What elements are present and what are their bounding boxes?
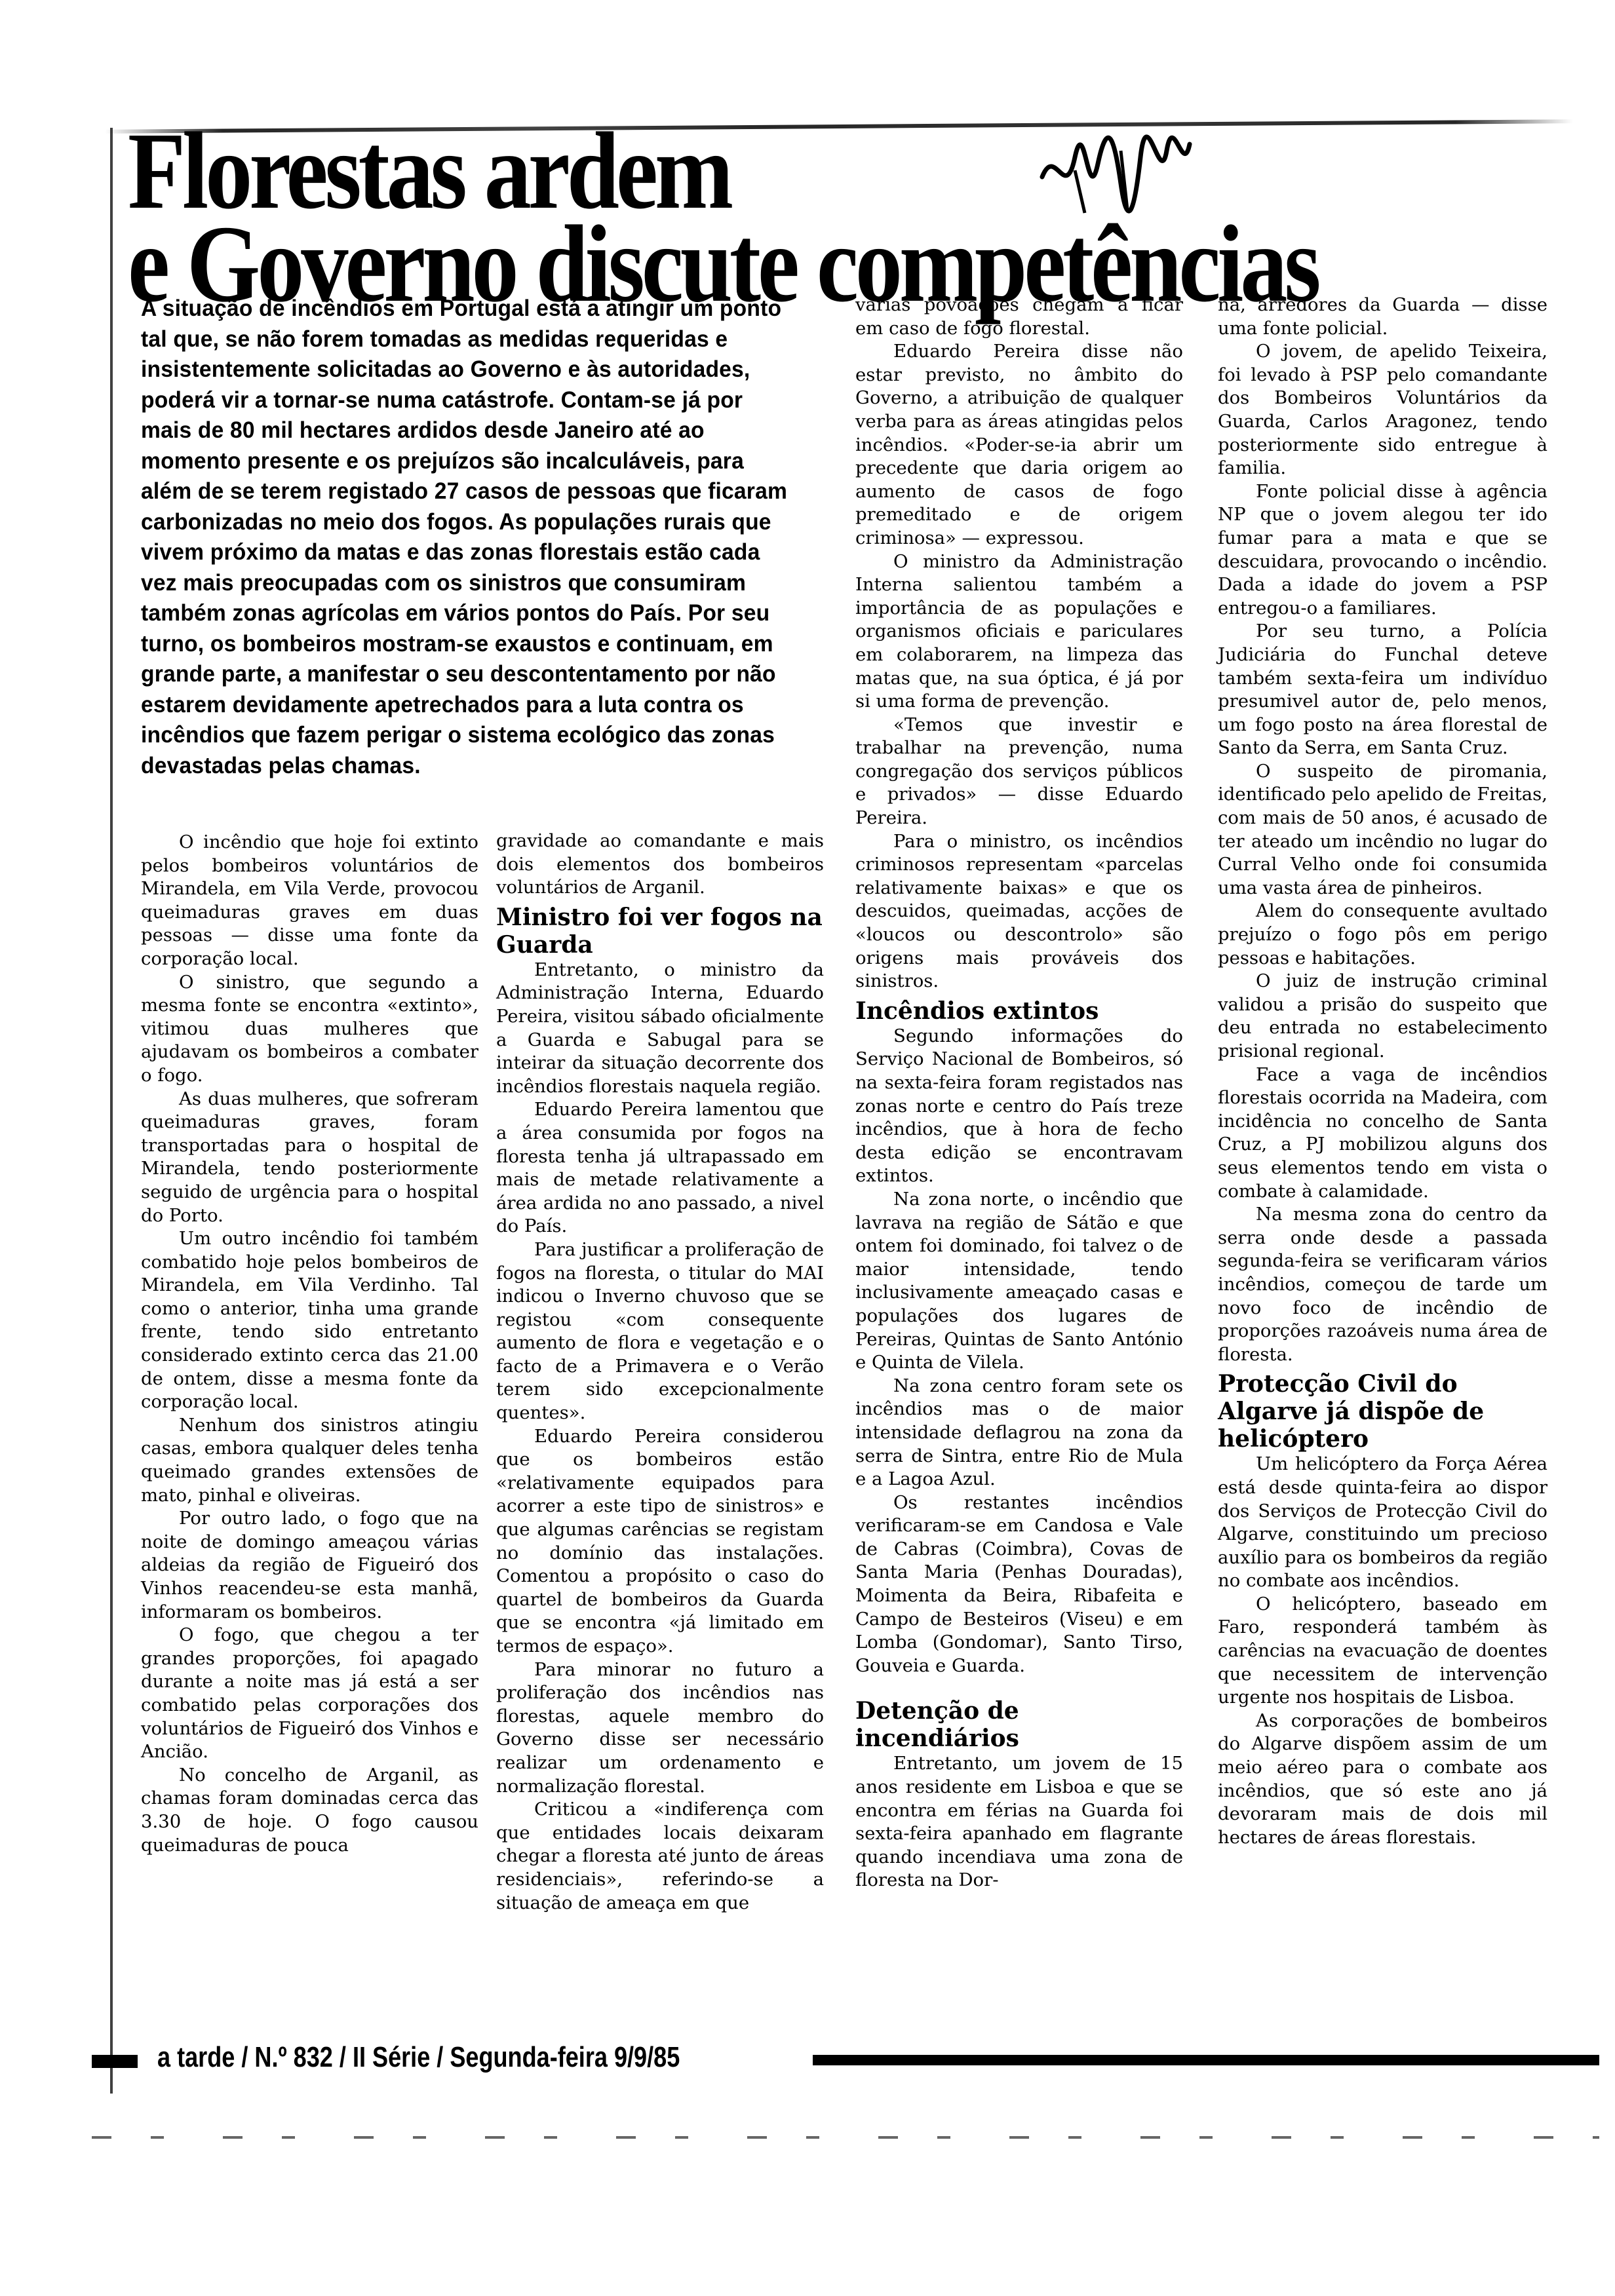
paragraph: Um outro incêndio foi também combatido h… (141, 1227, 478, 1414)
footer-rule-left (92, 2055, 138, 2068)
subheading-proteccao-civil: Protecção Civil do Algarve já dispõe de … (1218, 1370, 1547, 1453)
paragraph: Eduardo Pereira lamentou que a área cons… (496, 1098, 824, 1238)
column-3: várias povoações chegam a ficar em caso … (855, 294, 1183, 1892)
paragraph: O incêndio que hoje foi extinto pelos bo… (141, 831, 478, 971)
paragraph: Para o ministro, os incêndios criminosos… (855, 830, 1183, 993)
paragraph: Para minorar no futuro a proliferação do… (496, 1658, 824, 1799)
publication-footer: a tarde / N.º 832 / II Série / Segunda-f… (92, 2038, 1599, 2077)
paragraph: O sinistro, que segundo a mesma fonte se… (141, 971, 478, 1088)
paragraph: Os restantes incêndios verificaram-se em… (855, 1491, 1183, 1678)
paragraph: Alem do consequente avultado prejuízo o … (1218, 900, 1547, 970)
paragraph: As corporações de bombeiros do Algarve d… (1218, 1710, 1547, 1850)
paragraph: Um helicóptero da Força Aérea está desde… (1218, 1453, 1547, 1593)
scan-bottom-edge (92, 2136, 1599, 2139)
paragraph: Segundo informações do Serviço Nacional … (855, 1025, 1183, 1188)
paragraph-continuation: várias povoações chegam a ficar em caso … (855, 294, 1183, 340)
paragraph-continuation: gravidade ao comandante e mais dois elem… (496, 830, 824, 900)
lede-paragraph: A situação de incêndios em Portugal está… (141, 294, 789, 781)
paragraph: Entretanto, o ministro da Administração … (496, 959, 824, 1099)
paragraph: Entretanto, um jovem de 15 anos resident… (855, 1752, 1183, 1892)
paragraph-continuation: na, arredores da Guarda — disse uma font… (1218, 294, 1547, 340)
subheading-incendios-extintos: Incêndios extintos (855, 997, 1183, 1025)
paragraph: O juiz de instrução criminal validou a p… (1218, 970, 1547, 1063)
column-1: O incêndio que hoje foi extinto pelos bo… (141, 831, 478, 1857)
paragraph: As duas mulheres, que sofreram queimadur… (141, 1088, 478, 1228)
paragraph: «Temos que investir e trabalhar na preve… (855, 714, 1183, 830)
subheading-ministro: Ministro foi ver fogos na Guarda (496, 904, 824, 959)
footer-rule-right (813, 2055, 1599, 2065)
handwritten-signature-icon (1036, 131, 1193, 223)
paragraph: Face a vaga de incêndios florestais ocor… (1218, 1063, 1547, 1204)
paragraph: O helicóptero, baseado em Faro, responde… (1218, 1593, 1547, 1710)
paragraph: Por outro lado, o fogo que na noite de d… (141, 1507, 478, 1624)
subheading-detencao: Detenção de incendiários (855, 1697, 1183, 1752)
paragraph: Eduardo Pereira disse não estar previsto… (855, 340, 1183, 550)
column-2: gravidade ao comandante e mais dois elem… (496, 830, 824, 1915)
paragraph: No concelho de Arganil, as chamas foram … (141, 1764, 478, 1857)
paragraph: O ministro da Administração Interna sali… (855, 550, 1183, 714)
column-4: na, arredores da Guarda — disse uma font… (1218, 294, 1547, 1849)
paragraph: O jovem, de apelido Teixeira, foi levado… (1218, 340, 1547, 480)
paragraph: Para justificar a proliferação de fogos … (496, 1238, 824, 1425)
scan-left-edge (110, 128, 113, 2094)
paragraph: Eduardo Pereira considerou que os bombei… (496, 1425, 824, 1658)
paragraph: O suspeito de piromania, identificado pe… (1218, 760, 1547, 900)
paragraph: Fonte policial disse à agência NP que o … (1218, 480, 1547, 621)
paragraph: Criticou a «indiferença com que entidade… (496, 1798, 824, 1915)
paragraph: Por seu turno, a Polícia Judiciária do F… (1218, 620, 1547, 760)
paragraph: Na mesma zona do centro da serra onde de… (1218, 1203, 1547, 1366)
paragraph: Na zona centro foram sete os incêndios m… (855, 1375, 1183, 1491)
publication-line: a tarde / N.º 832 / II Série / Segunda-f… (157, 2038, 680, 2077)
newspaper-clipping: Florestas ardem e Governo discute compet… (0, 0, 1615, 2296)
paragraph: Na zona norte, o incêndio que lavrava na… (855, 1188, 1183, 1375)
paragraph: O fogo, que chegou a ter grandes proporç… (141, 1624, 478, 1764)
paragraph: Nenhum dos sinistros atingiu casas, embo… (141, 1414, 478, 1507)
